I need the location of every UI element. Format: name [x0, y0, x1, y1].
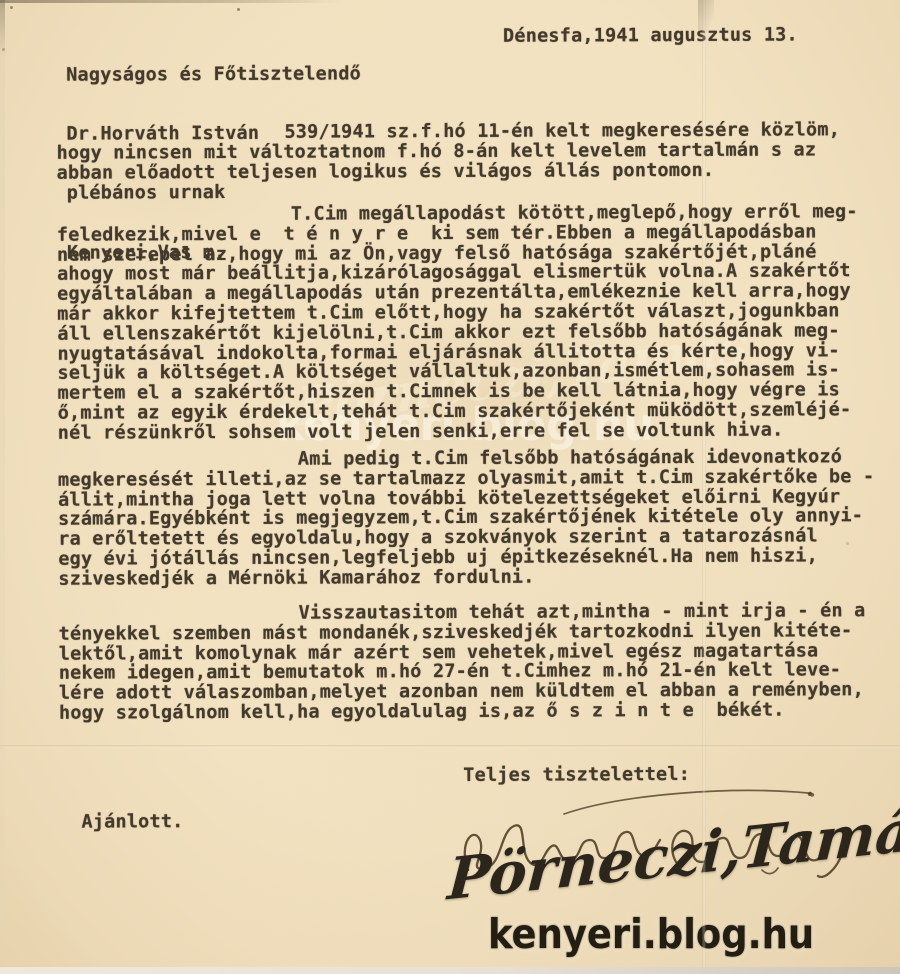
dateline: Dénesfa,1941 augusztus 13.: [503, 25, 798, 46]
fold-shadow-mark: [698, 0, 714, 42]
scan-edge-top: [0, 0, 340, 3]
vertical-fold-crease: [702, 0, 706, 974]
scan-edge-bottom: [0, 967, 900, 974]
letter-scan: Pörneczi,Tamás kenyeri.blog.hu Nagyságos…: [0, 0, 900, 974]
watermark-blog-url: kenyeri.blog.hu: [488, 910, 814, 958]
scan-edge-left: [0, 0, 5, 930]
paragraph-4: Visszautasitom tehát azt,mintha - mint i…: [59, 601, 866, 723]
paragraph-3: Ami pedig t.Cim felsőbb hatóságának idev…: [58, 447, 875, 589]
paragraph-2: T.Cim megállapodást kötött,meglepő,hogy …: [57, 202, 859, 443]
recipient-line: plébános urnak: [67, 183, 362, 204]
postal-note: Ajánlott.: [81, 812, 183, 832]
horizontal-fold-crease: [0, 745, 900, 748]
paragraph-1: 539/1941 sz.f.hó 11-én kelt megkeresésér…: [56, 120, 840, 183]
paper-speck: [10, 6, 13, 9]
recipient-line: Nagyságos és Főtisztelendő: [66, 64, 361, 85]
